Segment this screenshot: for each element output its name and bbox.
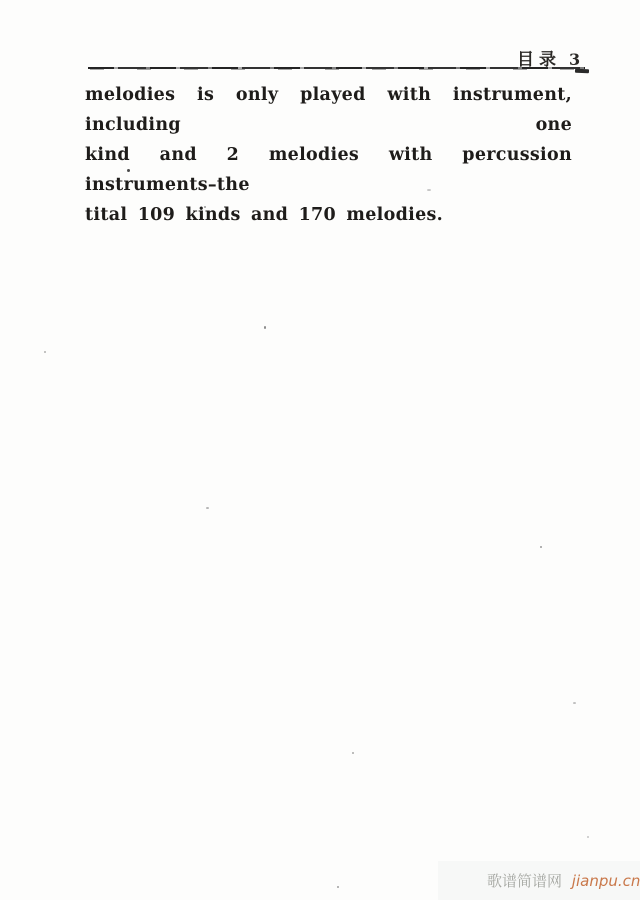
scan-speck xyxy=(587,836,589,838)
scan-speck xyxy=(204,206,206,208)
header-rule-end-tick xyxy=(575,69,589,73)
scan-speck xyxy=(206,507,209,509)
paragraph-line: kind and 2 melodies with percussion inst… xyxy=(85,140,572,200)
watermark-site-domain: jianpu.cn xyxy=(572,872,640,890)
scan-speck xyxy=(573,702,576,704)
scan-speck xyxy=(127,169,130,172)
scanned-book-page: 目录3 melodies is only played with instrum… xyxy=(0,0,640,900)
paragraph-line: tital 109 kinds and 170 melodies. xyxy=(85,200,572,230)
scan-speck xyxy=(337,886,339,888)
scan-speck xyxy=(264,326,266,329)
scan-speck xyxy=(44,351,46,353)
watermark: 歌谱简谱网 jianpu.cn xyxy=(487,870,640,891)
scan-speck xyxy=(427,189,431,191)
paragraph-line: melodies is only played with instrument,… xyxy=(85,80,572,140)
header-rule xyxy=(88,67,585,69)
paragraph: melodies is only played with instrument,… xyxy=(85,80,572,230)
scan-speck xyxy=(352,752,354,754)
scan-speck xyxy=(540,546,542,548)
watermark-site-name: 歌谱简谱网 xyxy=(487,872,562,890)
